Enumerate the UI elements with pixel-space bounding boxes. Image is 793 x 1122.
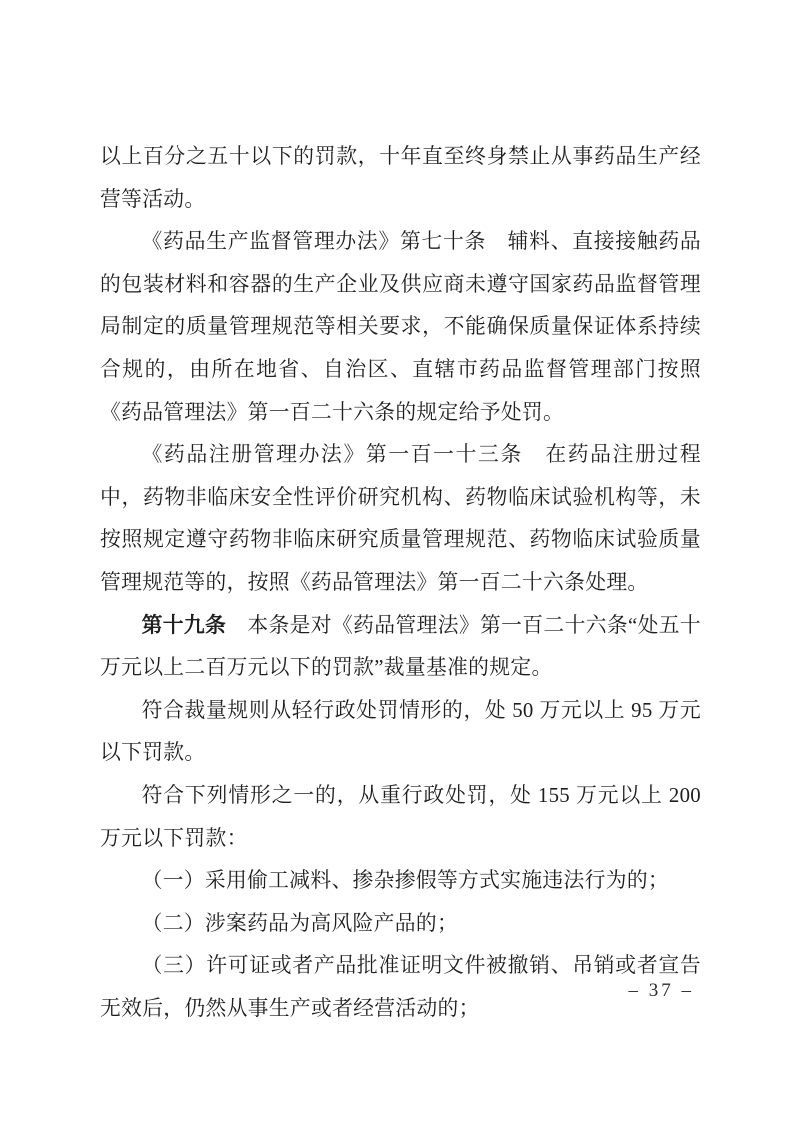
page-footer: – 37 – <box>629 980 695 1002</box>
paragraph-regulation-article-113: 《药品注册管理办法》第一百一十三条 在药品注册过程中，药物非临床安全性评价研究机… <box>100 434 701 604</box>
paragraph-article-19: 第十九条 本条是对《药品管理法》第一百二十六条“处五十万元以上二百万元以下的罚款… <box>100 605 701 690</box>
paragraph-severe-penalty: 符合下列情形之一的，从重行政处罚，处 155 万元以上 200 万元以下罚款： <box>100 775 701 860</box>
paragraph-continuation: 以上百分之五十以下的罚款，十年直至终身禁止从事药品生产经营等活动。 <box>100 136 701 221</box>
page-number: – 37 – <box>629 980 695 1001</box>
paragraph-lenient-penalty: 符合裁量规则从轻行政处罚情形的，处 50 万元以上 95 万元以下罚款。 <box>100 690 701 775</box>
list-item-3: （三）许可证或者产品批准证明文件被撤销、吊销或者宣告无效后，仍然从事生产或者经营… <box>100 945 701 1030</box>
list-item-1: （一）采用偷工减料、掺杂掺假等方式实施违法行为的； <box>100 860 701 903</box>
paragraph-regulation-article-70: 《药品生产监督管理办法》第七十条 辅料、直接接触药品的包装材料和容器的生产企业及… <box>100 221 701 434</box>
document-page: 以上百分之五十以下的罚款，十年直至终身禁止从事药品生产经营等活动。 《药品生产监… <box>0 0 793 1122</box>
list-item-2: （二）涉案药品为高风险产品的； <box>100 903 701 946</box>
article-number-bold: 第十九条 <box>142 614 227 637</box>
document-body: 以上百分之五十以下的罚款，十年直至终身禁止从事药品生产经营等活动。 《药品生产监… <box>100 136 701 1030</box>
